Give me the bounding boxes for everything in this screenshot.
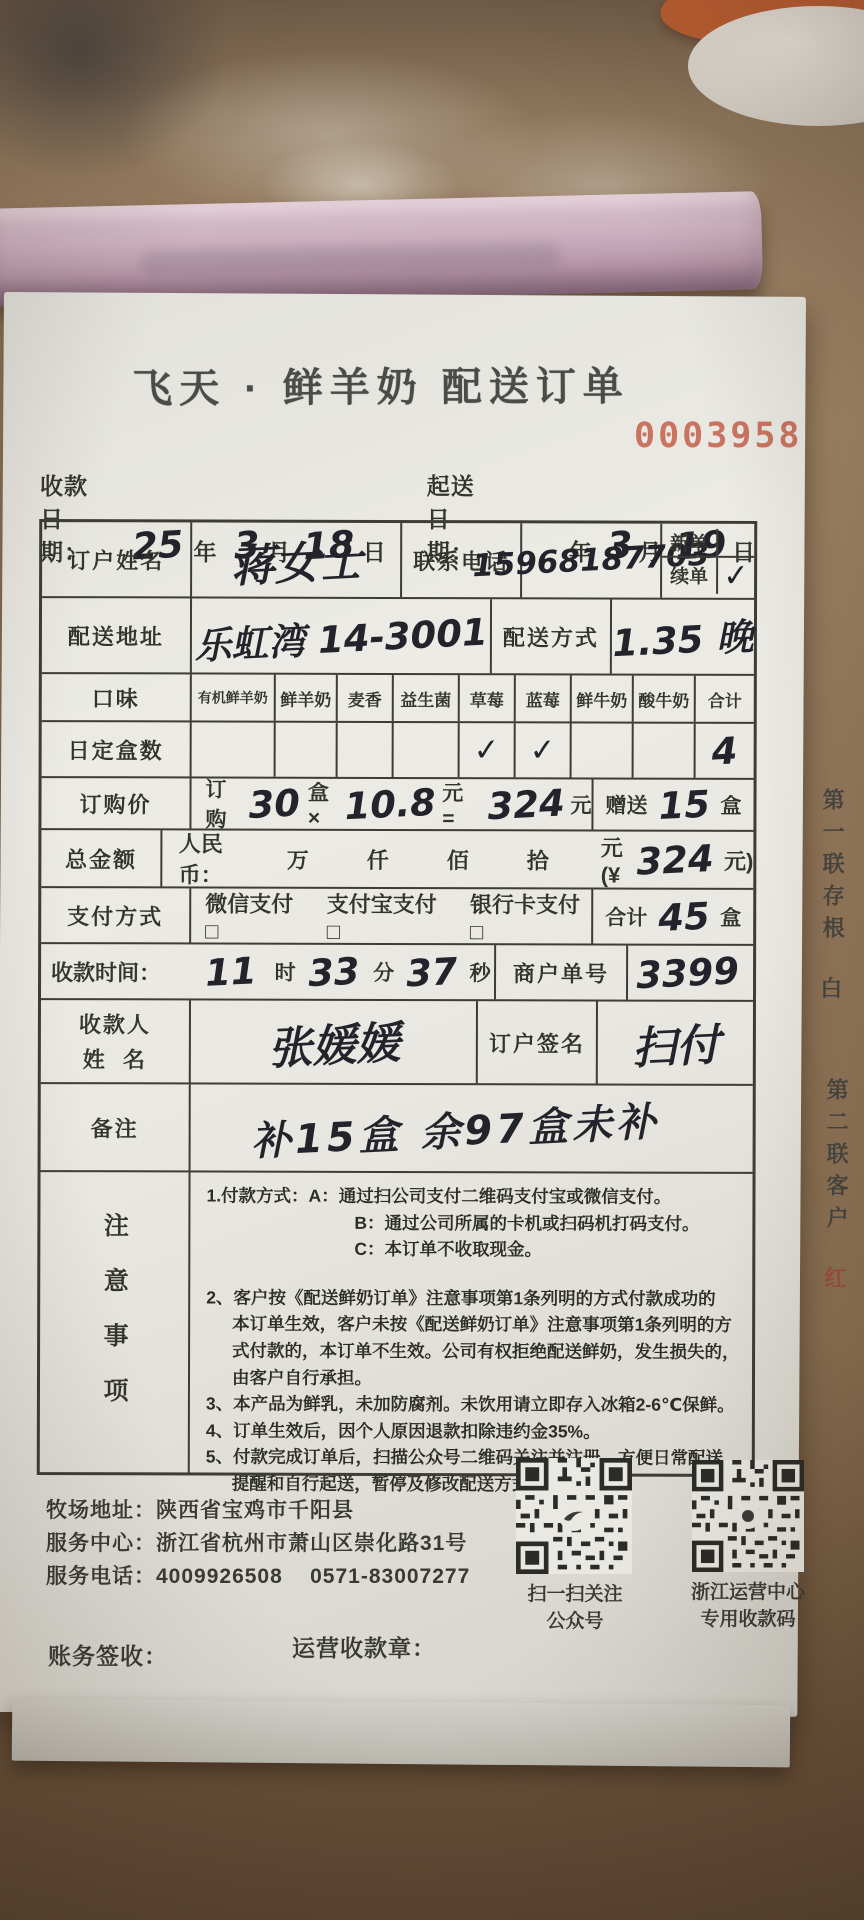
official-account-qr-code [516, 1458, 632, 1574]
flavor-col: 鲜牛奶 [572, 675, 634, 721]
notice-line: 由客户自行承担。 [232, 1364, 740, 1392]
notice-line: 3、本产品为鲜乳，未加防腐剂。未饮用请立即存入冰箱2-6℃保鲜。 [206, 1391, 740, 1419]
rmb-label: 人民币： [179, 827, 223, 889]
form-title: 飞天 · 鲜羊奶 配送订单 [96, 355, 666, 415]
minute-unit: 分 [373, 957, 394, 987]
hour-value: 11 [204, 949, 258, 995]
qian-unit: 仟 [367, 843, 389, 874]
customer-signature: 扫付 [598, 1002, 753, 1084]
bankcard-option: 银行卡支付□ [470, 888, 591, 945]
order-word: 订购 [205, 773, 228, 833]
daily-cell [276, 723, 338, 777]
gift-cell: 赠送 15 盒 [593, 780, 753, 830]
flavor-col: 草莓 [460, 675, 516, 721]
payment-qr-code [692, 1460, 804, 1572]
yuan-equals-unit: 元= [442, 777, 463, 831]
renew-order-label: 续单 [662, 557, 718, 593]
order-price-row: 订购价 订购 30 盒× 10.8 元= 324 元 赠送 15 盒 [41, 778, 753, 832]
total-amount-value: 324 [636, 836, 715, 883]
notice-line: 1.付款方式：A：通过扫公司支付二维码支付宝或微信支付。 [206, 1183, 740, 1211]
daily-cell [338, 723, 394, 777]
order-price-label: 订购价 [41, 778, 191, 828]
customer-row: 订户姓名 蒋女士 联系电话 15968187703 新单 续单 ✓ [42, 522, 754, 600]
phone-value: 15968187703 [522, 523, 662, 597]
daily-total-value: 4 [696, 724, 754, 778]
customer-name-label: 订户姓名 [42, 522, 192, 596]
yuan-unit: 元 [570, 789, 591, 819]
address-value: 乐虹湾 14-3001 [192, 598, 492, 673]
payee-name-label: 收款人 姓 名 [41, 1000, 191, 1082]
daily-cell [572, 723, 634, 777]
gift-qty: 15 [657, 782, 711, 828]
total-amount-detail: 人民币： 万 仟 佰 拾 元(¥ 324 元) [163, 830, 754, 888]
customer-sign-label: 订户签名 [478, 1001, 598, 1083]
form-pad-stack-edge [12, 1699, 791, 1768]
payment-method-label: 支付方式 [41, 888, 191, 942]
yuan-open: 元(¥ [601, 831, 623, 888]
daily-cell-blueberry-check: ✓ [516, 723, 572, 777]
order-table: 订户姓名 蒋女士 联系电话 15968187703 新单 续单 ✓ 配送地址 [37, 519, 758, 1477]
merchant-no-value: 3399 [628, 946, 753, 1000]
notice-line: B：通过公司所属的卡机或扫码机打码支付。 [354, 1209, 740, 1237]
flavor-col-total: 合计 [696, 676, 754, 722]
notice-line: 本订单生效，客户未按《配送鲜奶订单》注意事项第1条列明的方 [232, 1311, 740, 1339]
flavor-header-row: 口味 有机鲜羊奶 鲜羊奶 麦香 益生菌 草莓 蓝莓 鲜牛奶 酸牛奶 合计 [42, 674, 754, 724]
qr2-caption: 浙江运营中心 专用收款码 [678, 1580, 818, 1633]
renew-order-check: ✓ [717, 557, 755, 595]
qr1-caption: 扫一扫关注 公众号 [505, 1582, 645, 1635]
notice-line: 5、付款完成订单后，扫描公众号二维码关注并注册，方便日常配送 [206, 1444, 740, 1472]
notice-label: 注意事项 [40, 1172, 191, 1472]
remarks-row: 备注 补15盒 余97盒未补 [41, 1084, 753, 1174]
delivery-method-value: 1.35 晚 [612, 600, 754, 674]
daily-cell-strawberry-check: ✓ [460, 723, 516, 777]
box-unit: 盒 [720, 790, 741, 820]
daily-cell [192, 722, 276, 776]
gift-label: 赠送 [605, 790, 647, 820]
remarks-label: 备注 [41, 1084, 191, 1170]
notice-line: 式付款的，本订单不生效。公司有权拒绝配送鲜奶，发生损失的， [232, 1338, 740, 1366]
merchant-no-label: 商户单号 [496, 945, 628, 999]
unit-price: 10.8 [344, 780, 437, 827]
daily-count-label: 日定盒数 [42, 722, 192, 776]
alipay-option: 支付宝支付□ [327, 887, 448, 944]
sum-qty: 45 [657, 894, 711, 940]
collect-time-row: 收款时间： 11 时 33 分 37 秒 商户单号 3399 [41, 944, 753, 1002]
farm-address: 牧场地址：陕西省宝鸡市千阳县 [46, 1494, 354, 1524]
delivery-method-label: 配送方式 [492, 599, 612, 673]
new-order-check [718, 528, 755, 557]
payment-method-row: 支付方式 微信支付□ 支付宝支付□ 银行卡支付□ 合计 45 盒 [41, 888, 753, 946]
customer-name-value: 蒋女士 [192, 522, 402, 597]
payment-total-cell: 合计 45 盒 [593, 890, 753, 944]
second-unit: 秒 [470, 957, 491, 987]
wan-unit: 万 [287, 843, 309, 874]
wechat-pay-option: 微信支付□ [205, 887, 305, 944]
flavor-col: 麦香 [338, 675, 394, 721]
copy1-strip: 第一联存根 白 [758, 788, 864, 1004]
new-renew-block: 新单 续单 ✓ [662, 528, 754, 593]
renew-order-row: 续单 ✓ [662, 557, 754, 593]
order-amount: 324 [486, 781, 565, 828]
notice-line: 2、客户按《配送鲜奶订单》注意事项第1条列明的方式付款成功的 [206, 1284, 740, 1312]
bai-unit: 佰 [447, 844, 469, 875]
collect-time-label: 收款时间： [51, 956, 161, 987]
hour-unit: 时 [275, 957, 296, 987]
collect-time-cell: 收款时间： 11 时 33 分 37 秒 [41, 944, 496, 999]
address-label: 配送地址 [42, 598, 192, 672]
flavor-col: 酸牛奶 [634, 676, 696, 722]
service-phone: 服务电话：4009926508 0571-83007277 [46, 1560, 470, 1590]
daily-cell [394, 723, 460, 777]
sum-label: 合计 [605, 902, 647, 932]
serial-number: 0003958 [634, 416, 803, 456]
minute-value: 33 [307, 949, 361, 995]
new-order-row: 新单 [662, 528, 754, 557]
boxes-times-unit: 盒× [308, 777, 329, 831]
notice-line: 4、订单生效后，因个人原因退款扣除违约金35%。 [206, 1417, 740, 1445]
service-center-address: 服务中心：浙江省杭州市萧山区崇化路31号 [46, 1527, 467, 1557]
copy2-strip: 第二联客户 红 [762, 1078, 864, 1294]
total-amount-row: 总金额 人民币： 万 仟 佰 拾 元(¥ 324 元) [41, 830, 753, 890]
operation-seal-label: 运营收款章： [292, 1630, 436, 1663]
sum-unit: 盒 [720, 902, 741, 932]
account-sign-label: 账务签收： [48, 1638, 168, 1671]
payee-signature: 张媛媛 [191, 1000, 478, 1083]
address-row: 配送地址 乐虹湾 14-3001 配送方式 1.35 晚 [42, 598, 754, 676]
total-amount-label: 总金额 [41, 830, 163, 886]
new-order-label: 新单 [662, 528, 718, 555]
notice-line: C：本订单不收取现金。 [354, 1236, 740, 1264]
daily-cell [634, 724, 696, 778]
signature-row: 收款人 姓 名 张媛媛 订户签名 扫付 [41, 1000, 753, 1086]
flavor-col: 鲜羊奶 [276, 675, 338, 721]
flavor-col: 蓝莓 [516, 675, 572, 721]
flavor-col: 有机鲜羊奶 [192, 674, 276, 720]
second-value: 37 [405, 949, 459, 995]
flavor-label: 口味 [42, 674, 192, 720]
notice-text: 1.付款方式：A：通过扫公司支付二维码支付宝或微信支付。 B：通过公司所属的卡机… [190, 1172, 752, 1506]
yuan-close: 元) [724, 844, 753, 875]
payment-options: 微信支付□ 支付宝支付□ 银行卡支付□ [191, 888, 593, 943]
order-price-detail: 订购 30 盒× 10.8 元= 324 元 [191, 778, 593, 829]
flavor-col: 益生菌 [394, 675, 460, 721]
notice-row: 注意事项 1.付款方式：A：通过扫公司支付二维码支付宝或微信支付。 B：通过公司… [40, 1172, 753, 1474]
daily-count-row: 日定盒数 ✓ ✓ 4 [42, 722, 754, 780]
order-qty: 30 [247, 781, 301, 827]
shi-unit: 拾 [527, 844, 549, 875]
remarks-value: 补15盒 余97盒未补 [191, 1084, 753, 1171]
